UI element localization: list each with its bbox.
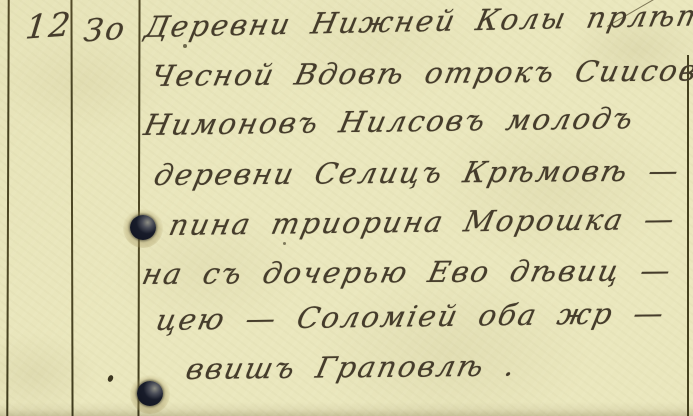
manuscript-line: Деревни Нижней Колы прлѣтѣ — — [142, 0, 693, 44]
manuscript-line: цею — Соломіей оба жр — — [153, 296, 669, 337]
manuscript-line: деревни Селицъ Крѣмовѣ — — [151, 153, 684, 192]
hole-punch-pit — [130, 215, 156, 240]
ink-speck — [283, 242, 286, 245]
column-rule-2 — [70, 0, 73, 416]
manuscript-line: Чесной Вдовѣ отрокъ Сиисовъ — [148, 53, 693, 93]
day-number: Зо — [82, 11, 128, 50]
column-rule-1 — [6, 0, 9, 416]
manuscript-line: ввишъ Граповлѣ . — [183, 349, 520, 386]
manuscript-scan: 12 Зо Деревни Нижней Колы прлѣтѣ — Чесно… — [0, 0, 693, 416]
column-rule-right — [687, 55, 689, 416]
ink-speck — [183, 44, 187, 48]
hole-punch-bottom — [130, 374, 170, 414]
ink-speck — [107, 374, 114, 382]
manuscript-line: пина триорина Морошка — — [166, 202, 679, 242]
hole-punch-pit — [137, 381, 163, 406]
manuscript-line: Нимоновъ Нилсовъ молодъ — [141, 101, 638, 142]
hole-punch-top — [123, 208, 163, 248]
manuscript-line: на съ дочерью Ево дѣвиц — — [139, 253, 676, 291]
entry-number: 12 — [24, 4, 75, 46]
